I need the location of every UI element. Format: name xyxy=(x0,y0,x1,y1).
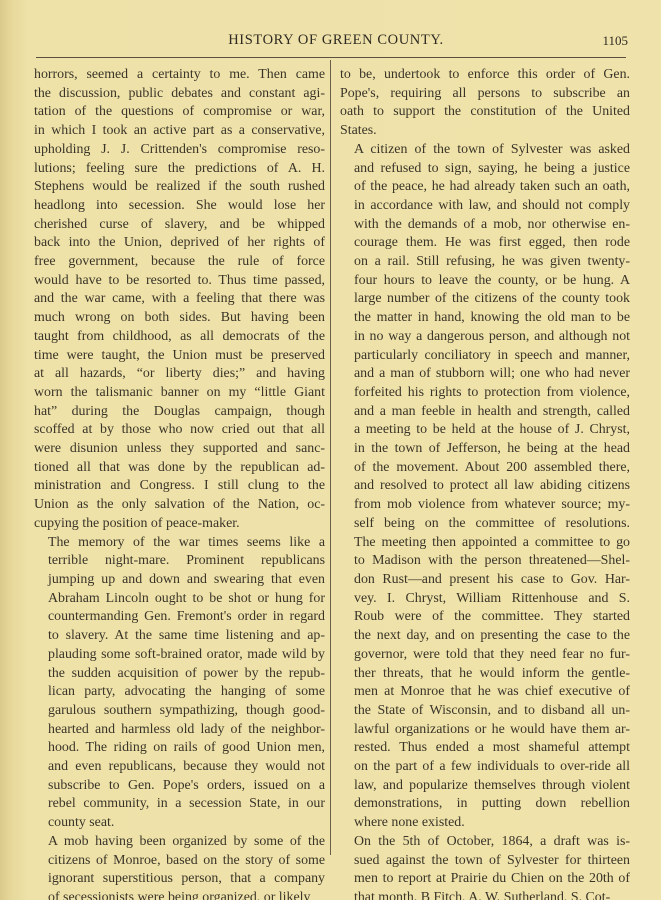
text-line: law, and popularize themselves through v… xyxy=(340,777,630,796)
text-line: lican party, advocating the hanging of s… xyxy=(34,683,325,702)
text-line: of the peace, he had already taken such … xyxy=(340,178,630,197)
text-line: of secessionists were being organized, o… xyxy=(34,889,325,900)
text-line: in the town of Jefferson, he being at th… xyxy=(340,440,630,459)
text-line: and a man feeble in health and strength,… xyxy=(340,403,630,422)
text-line: that month. B Fitch, A. W. Sutherland, S… xyxy=(340,889,630,900)
text-line: the State of Wisconsin, and to disband a… xyxy=(340,702,630,721)
text-line: at all hazards, “or liberty dies;” and h… xyxy=(34,365,325,384)
text-line: self being on the committee of resolutio… xyxy=(340,515,630,534)
text-line: hood. The riding on rails of good Union … xyxy=(34,739,325,758)
text-line: Union as the only salvation of the Natio… xyxy=(34,496,325,515)
text-line: in accordance with law, and should not c… xyxy=(340,197,630,216)
text-line: of the movement. About 200 assembled the… xyxy=(340,459,630,478)
text-line: countermanding Gen. Fremont's order in r… xyxy=(34,608,325,627)
left-column: horrors, seemed a certainty to me. Then … xyxy=(34,66,325,900)
text-line: ministration and Congress. I still clung… xyxy=(34,477,325,496)
text-line: four hours to leave the county, or be hu… xyxy=(340,272,630,291)
paragraph: A citizen of the town of Sylvester was a… xyxy=(340,141,630,833)
text-line: to Madison with the person threatened—Sh… xyxy=(340,552,630,571)
text-line: and the war came, with a feeling that th… xyxy=(34,290,325,309)
text-line: on the part of a few individuals to over… xyxy=(340,758,630,777)
text-line: rebel community, in a secession State, i… xyxy=(34,795,325,814)
text-line: Stephens would be realized if the south … xyxy=(34,178,325,197)
text-line: jumping up and down and swearing that ev… xyxy=(34,571,325,590)
text-line: free government, because the rule of for… xyxy=(34,253,325,272)
text-line: men to report at Prairie du Chien on the… xyxy=(340,870,630,889)
text-line: worn the talismanic banner on my “little… xyxy=(34,384,325,403)
text-line: would have to be resorted to. Thus time … xyxy=(34,272,325,291)
text-line: headlong into secession. She would lose … xyxy=(34,197,325,216)
paragraph: A mob having been organized by some of t… xyxy=(34,833,325,900)
text-line: forfeited his rights to protection from … xyxy=(340,384,630,403)
running-header: HISTORY OF GREEN COUNTY. 1105 xyxy=(28,30,644,54)
column-divider xyxy=(330,60,331,855)
text-line: States. xyxy=(340,122,630,141)
text-line: governor, were told that they need fear … xyxy=(340,646,630,665)
text-line: in no way a dangerous person, and althou… xyxy=(340,328,630,347)
text-line: hearted and harmless old lady of the nei… xyxy=(34,721,325,740)
text-line: ther threats, that he would inform the g… xyxy=(340,665,630,684)
text-line: terrible night-mare. Prominent republica… xyxy=(34,552,325,571)
text-line: and a man of stubborn will; one who had … xyxy=(340,365,630,384)
text-line: the next day, and on presenting the case… xyxy=(340,627,630,646)
page-number: 1105 xyxy=(602,33,628,49)
text-line: rested. Thus ended a most shameful attem… xyxy=(340,739,630,758)
text-line: upholding J. J. Crittenden's compromise … xyxy=(34,141,325,160)
text-line: a meeting to be held at the house of J. … xyxy=(340,421,630,440)
text-line: hat” during the Douglas campaign, though xyxy=(34,403,325,422)
text-line: and resolved to protect all law abiding … xyxy=(340,477,630,496)
text-line: horrors, seemed a certainty to me. Then … xyxy=(34,66,325,85)
text-line: On the 5th of October, 1864, a draft was… xyxy=(340,833,630,852)
text-line: to be, undertook to enforce this order o… xyxy=(340,66,630,85)
text-line: large number of the citizens of the coun… xyxy=(340,290,630,309)
text-line: where none existed. xyxy=(340,814,630,833)
text-line: ignorant superstitious person, that a co… xyxy=(34,870,325,889)
text-line: taught from childhood, as all democrats … xyxy=(34,328,325,347)
text-line: time were taught, the Union must be pres… xyxy=(34,347,325,366)
text-line: Abraham Lincoln ought to be shot or hung… xyxy=(34,590,325,609)
text-line: in which I took an active part as a cons… xyxy=(34,122,325,141)
text-line: cupying the position of peace-maker. xyxy=(34,515,325,534)
text-line: particularly conciliatory in speech and … xyxy=(340,347,630,366)
text-line: garulous southern sympathizing, though g… xyxy=(34,702,325,721)
paragraph: horrors, seemed a certainty to me. Then … xyxy=(34,66,325,534)
text-line: citizens of Monroe, based on the story o… xyxy=(34,852,325,871)
text-line: much wrong on both sides. But having bee… xyxy=(34,309,325,328)
text-line: A mob having been organized by some of t… xyxy=(34,833,325,852)
text-line: don Rust—and present his case to Gov. Ha… xyxy=(340,571,630,590)
text-line: The memory of the war times seems like a xyxy=(34,534,325,553)
text-line: from mob violence from whatever source; … xyxy=(340,496,630,515)
text-line: were disunion unless they supported and … xyxy=(34,440,325,459)
text-line: lutions; feeling sure the predictions of… xyxy=(34,160,325,179)
text-line: Roub were of the committee. They started xyxy=(340,608,630,627)
paragraph: to be, undertook to enforce this order o… xyxy=(340,66,630,141)
text-line: sued against the town of Sylvester for t… xyxy=(340,852,630,871)
text-line: the sudden acquisition of power by the r… xyxy=(34,665,325,684)
text-line: lawful organizations or he would have th… xyxy=(340,721,630,740)
text-line: with the demands of a mob, nor otherwise… xyxy=(340,216,630,235)
header-rule xyxy=(36,57,626,58)
text-line: The meeting then appointed a committee t… xyxy=(340,534,630,553)
text-line: and refused to sign, saying, he being a … xyxy=(340,160,630,179)
text-line: courage them. He was first egged, then r… xyxy=(340,234,630,253)
book-page: HISTORY OF GREEN COUNTY. 1105 horrors, s… xyxy=(0,0,661,900)
paragraph: On the 5th of October, 1864, a draft was… xyxy=(340,833,630,900)
text-line: plauding some soft-brained orator, made … xyxy=(34,646,325,665)
text-line: tation of the questions of compromise or… xyxy=(34,103,325,122)
text-line: and even republicans, because they would… xyxy=(34,758,325,777)
text-line: men at Monroe that he was chief executiv… xyxy=(340,683,630,702)
text-line: A citizen of the town of Sylvester was a… xyxy=(340,141,630,160)
text-line: demonstrations, in putting down rebellio… xyxy=(340,795,630,814)
text-line: on a rail. Still refusing, he was given … xyxy=(340,253,630,272)
text-line: the matter in hand, knowing the old man … xyxy=(340,309,630,328)
text-line: cherished curse of slavery, and be whipp… xyxy=(34,216,325,235)
text-line: the discussion, public debates and const… xyxy=(34,85,325,104)
text-line: scoffed at by those who now cried out th… xyxy=(34,421,325,440)
text-line: tioned all that was done by the republic… xyxy=(34,459,325,478)
text-line: oath to support the constitution of the … xyxy=(340,103,630,122)
text-line: Pope's, requiring all persons to subscri… xyxy=(340,85,630,104)
paragraph: The memory of the war times seems like a… xyxy=(34,534,325,833)
text-line: back into the Union, deprived of her rig… xyxy=(34,234,325,253)
text-line: subscribe to Gen. Pope's orders, issued … xyxy=(34,777,325,796)
text-line: to slavery. At the same time listening a… xyxy=(34,627,325,646)
page-title: HISTORY OF GREEN COUNTY. xyxy=(28,32,644,49)
right-column: to be, undertook to enforce this order o… xyxy=(340,66,630,900)
text-line: county seat. xyxy=(34,814,325,833)
text-line: vey. I. Chryst, William Rittenhouse and … xyxy=(340,590,630,609)
